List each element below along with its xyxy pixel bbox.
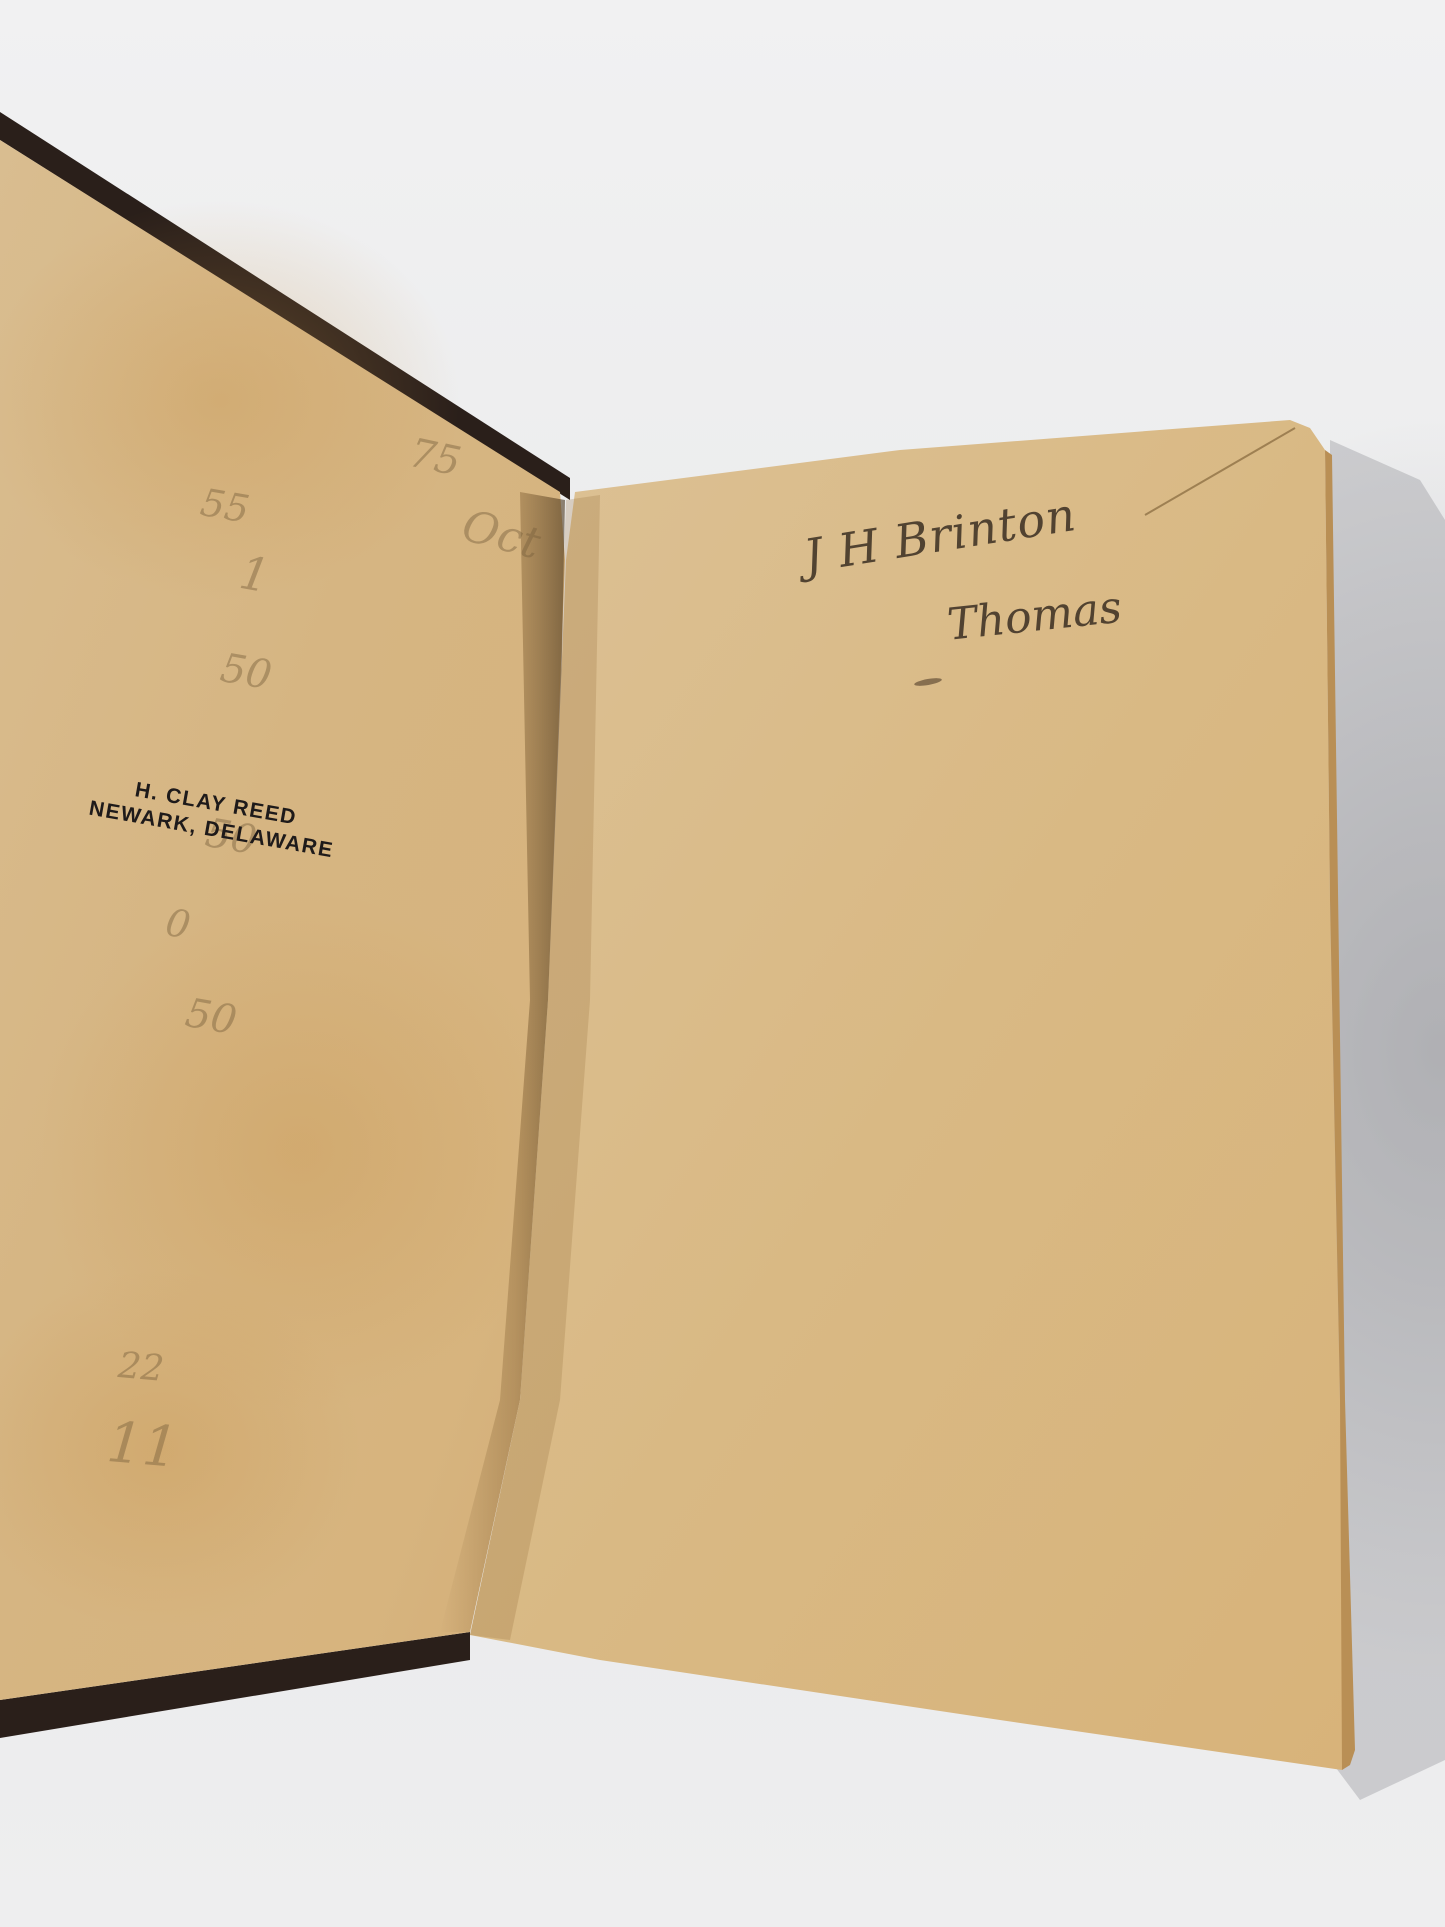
photo-scene: 75 Oct 55 1 50 50 0 50 22 11 H. CLAY REE…	[0, 0, 1445, 1927]
pencil-mark: 50	[217, 645, 275, 699]
open-book	[0, 0, 1445, 1927]
right-page	[470, 420, 1350, 1770]
pencil-mark: 11	[104, 1410, 181, 1481]
pencil-mark: 22	[116, 1345, 165, 1390]
pencil-mark: 55	[197, 480, 252, 532]
pencil-mark: 50	[182, 990, 240, 1044]
